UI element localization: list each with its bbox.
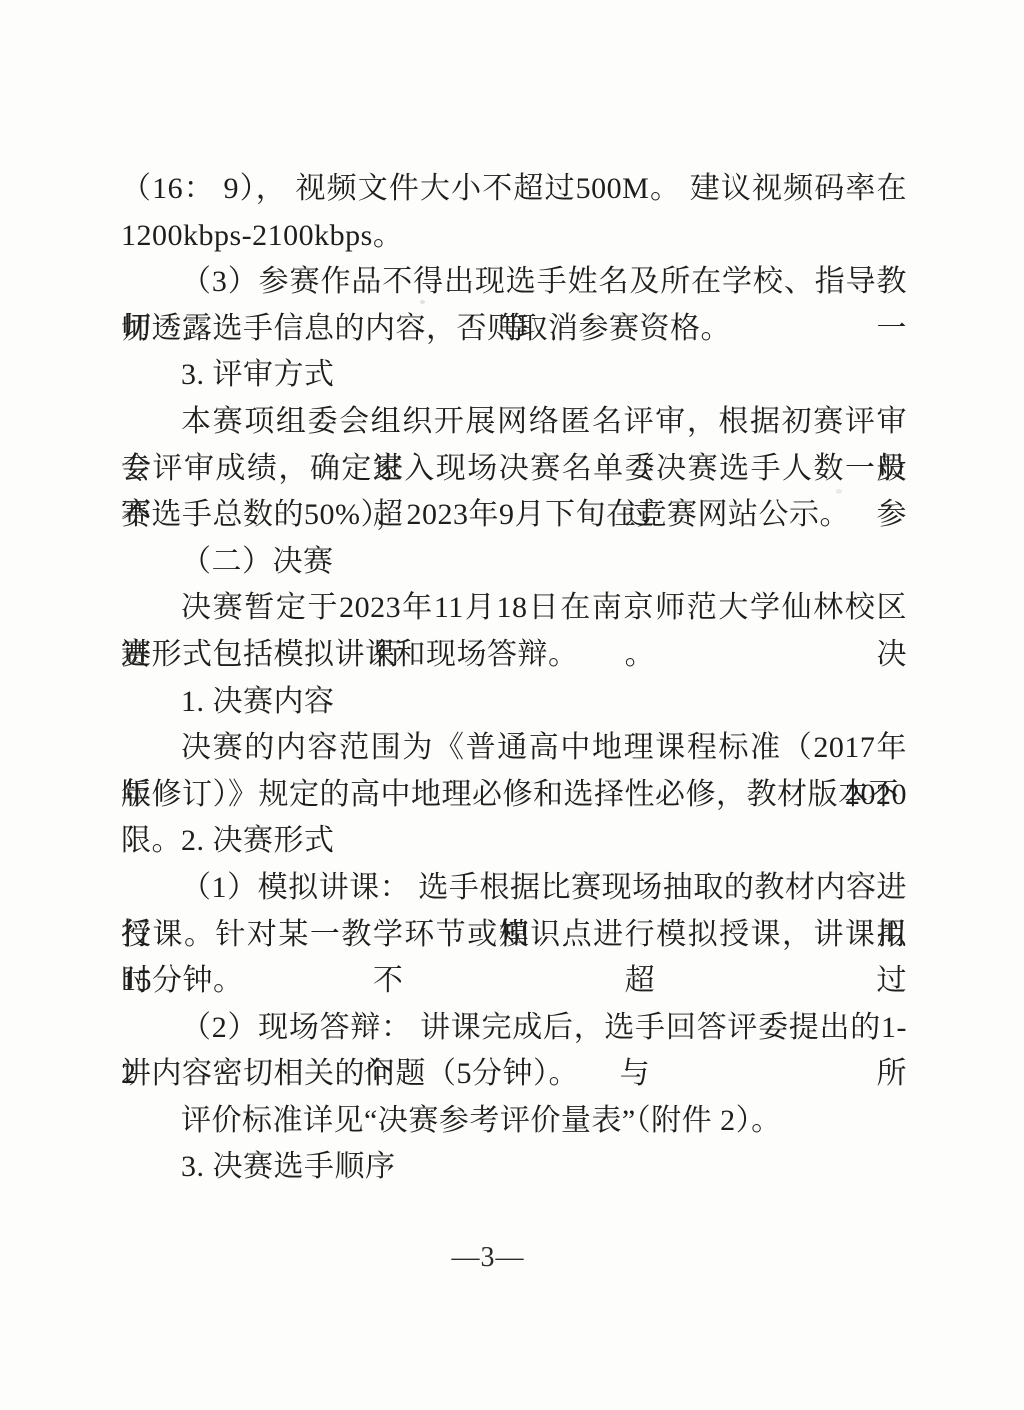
page-number: —3—: [0, 1238, 1024, 1278]
text-line: （2）现场答辩： 讲课完成后，选手回答评委提出的1-2个与所: [121, 1005, 907, 1052]
scan-speck: [420, 300, 425, 304]
text-line: 1200kbps-2100kbps。: [121, 213, 907, 260]
text-line: 3. 评审方式: [121, 352, 907, 399]
text-line: 年修订）》规定的高中地理必修和选择性必修，教材版本不限。: [121, 772, 907, 819]
text-line: 决赛暂定于2023年11月18日在南京师范大学仙林校区进行。决: [121, 585, 907, 632]
text-line: （二）决赛: [121, 539, 907, 586]
text-line: 授课。针对某一教学环节或知识点进行模拟授课，讲课用时不超过: [121, 912, 907, 959]
text-line: （1）模拟讲课： 选手根据比赛现场抽取的教材内容进行模拟: [121, 865, 907, 912]
text-line: 决赛的内容范围为《普通高中地理课程标准（2017年版2020: [121, 725, 907, 772]
text-line: 评价标准详见“决赛参考评价量表”（附件 2）。: [121, 1098, 907, 1145]
text-line: （16： 9）， 视频文件大小不超过500M。 建议视频码率在: [121, 166, 907, 213]
text-line: 本赛项组委会组织开展网络匿名评审，根据初赛评审专家委员: [121, 399, 907, 446]
text-line: 赛选手总数的50%），2023年9月下旬在竞赛网站公示。: [121, 492, 907, 539]
document-body: （16： 9）， 视频文件大小不超过500M。 建议视频码率在1200kbps-…: [121, 166, 907, 1191]
scanned-document-page: （16： 9）， 视频文件大小不超过500M。 建议视频码率在1200kbps-…: [0, 0, 1024, 1410]
text-line: 会评审成绩，确定进入现场决赛名单（决赛选手人数一般不超过参: [121, 446, 907, 493]
scan-speck: [836, 489, 842, 494]
text-line: 3. 决赛选手顺序: [121, 1144, 907, 1191]
text-line: 1. 决赛内容: [121, 679, 907, 726]
text-line: （3）参赛作品不得出现选手姓名及所在学校、指导教师等一: [121, 259, 907, 306]
text-line: 2. 决赛形式: [121, 818, 907, 865]
